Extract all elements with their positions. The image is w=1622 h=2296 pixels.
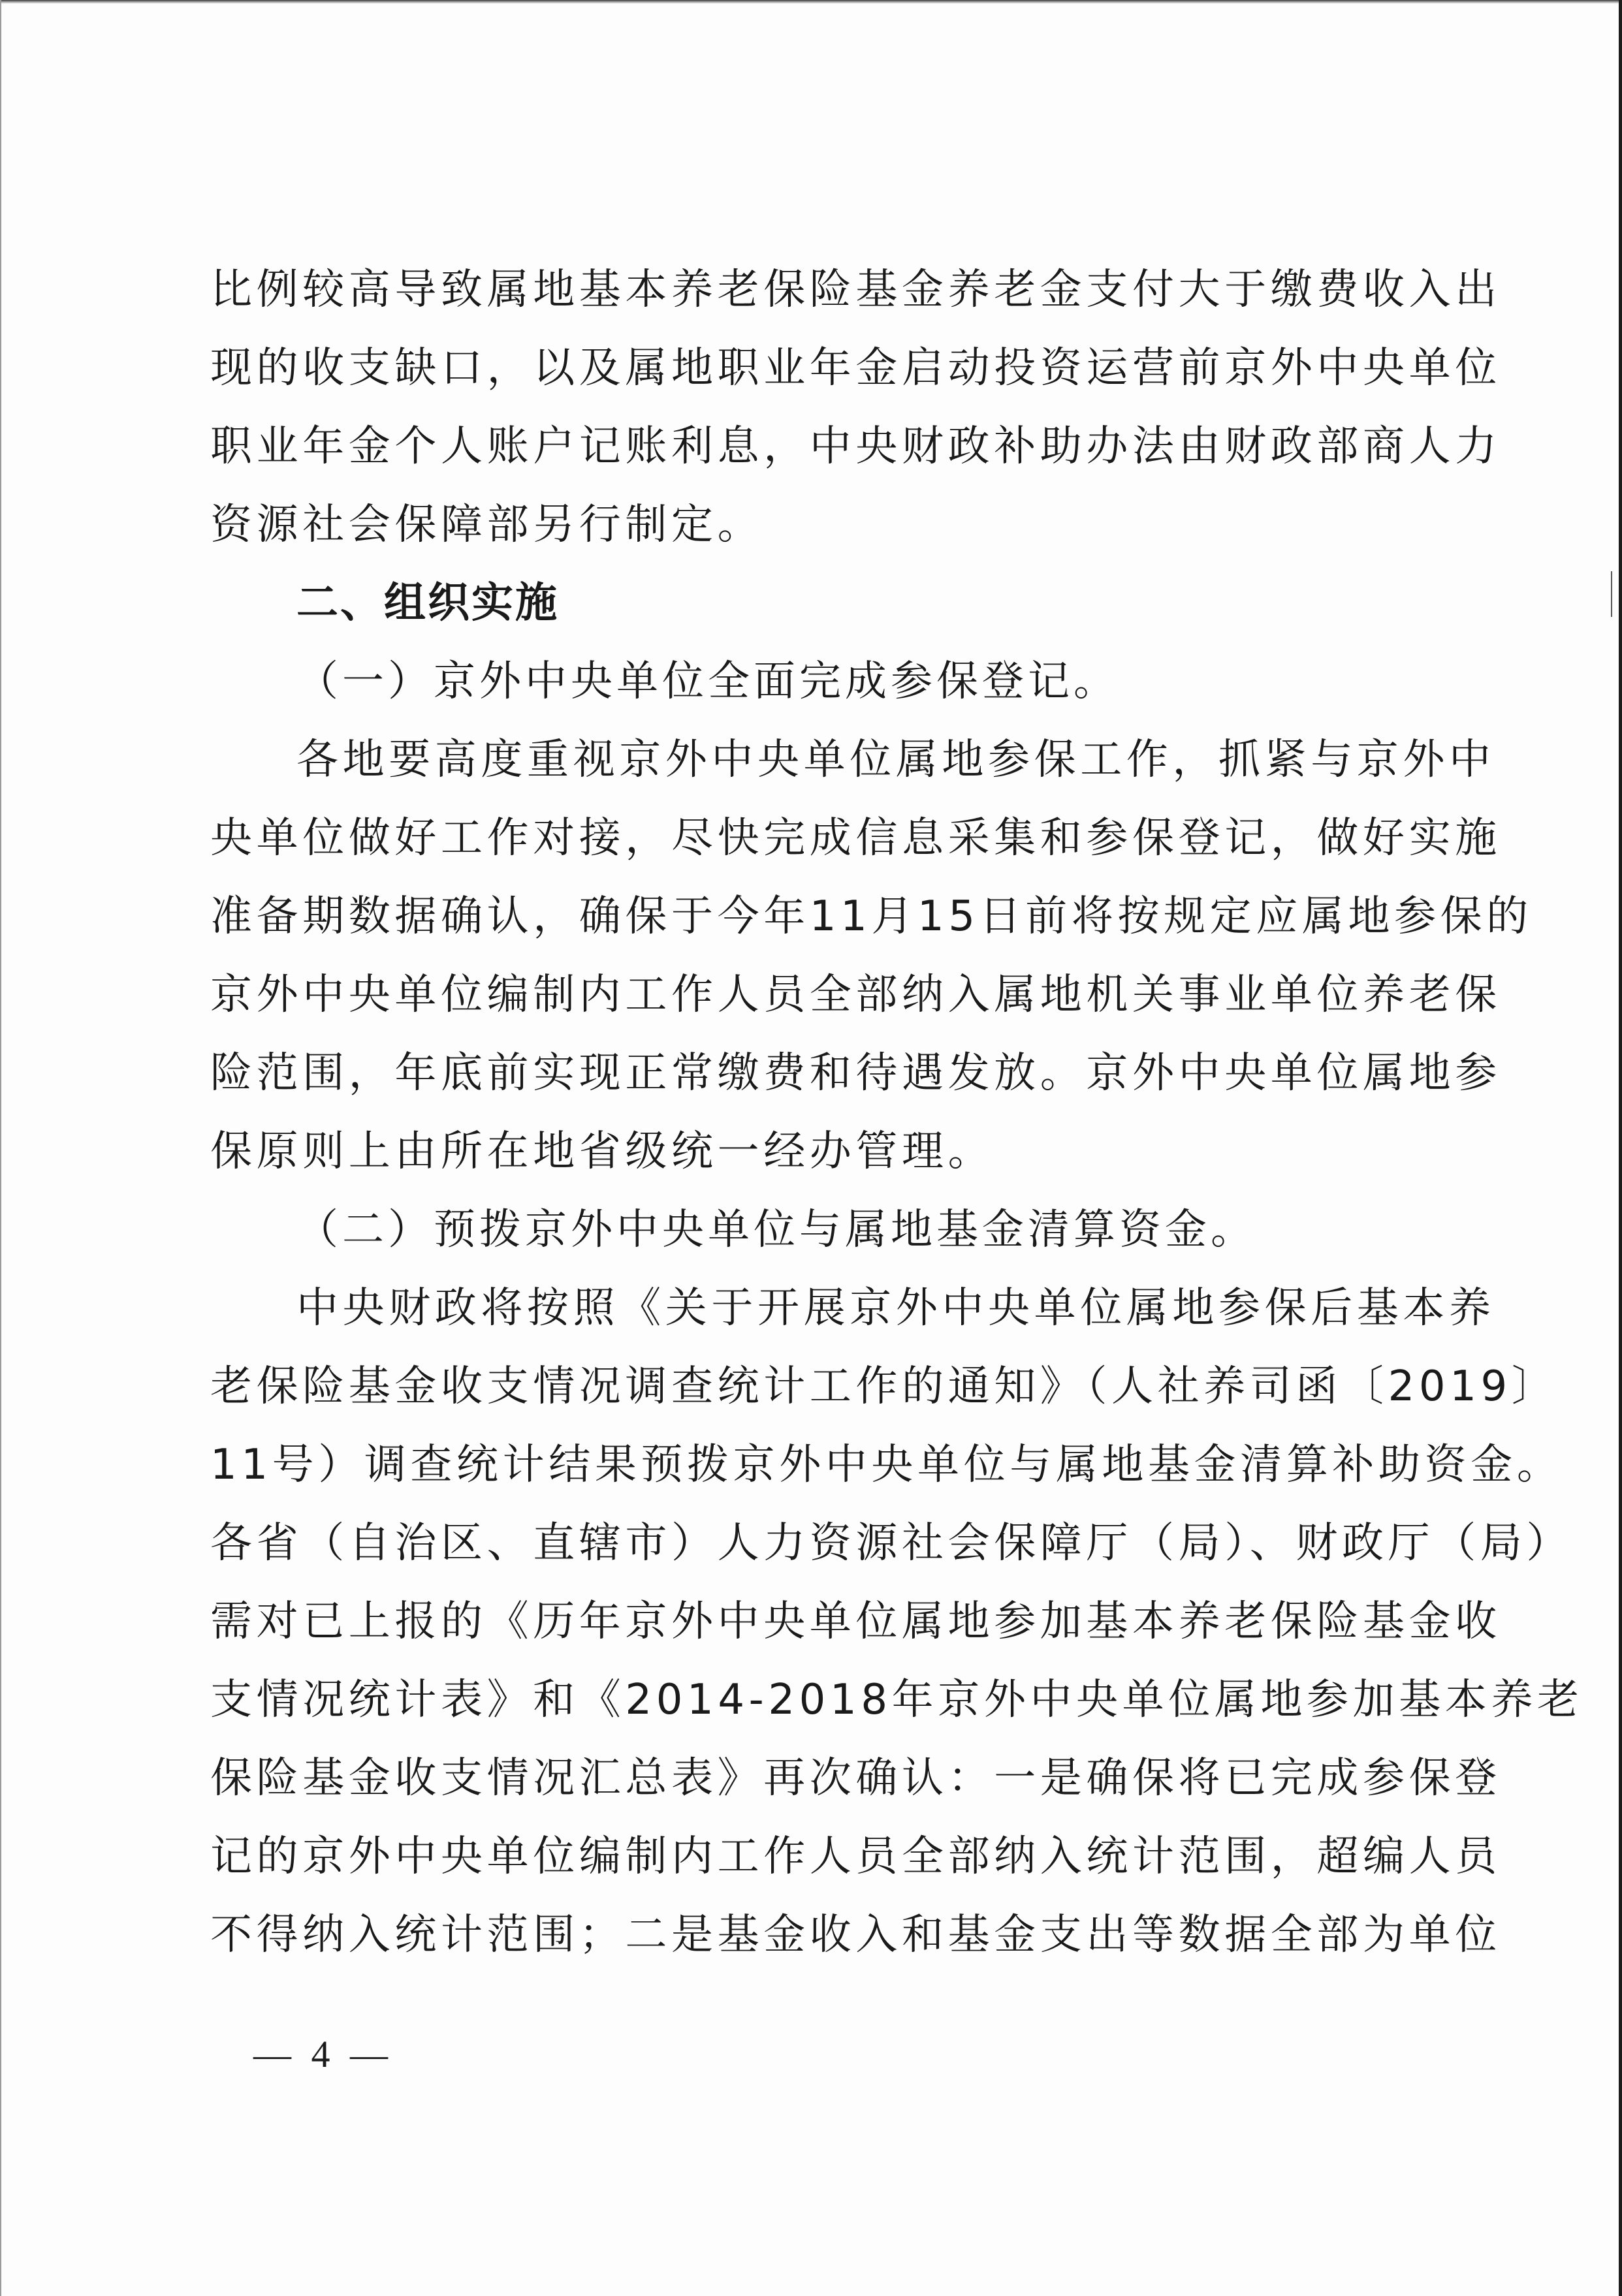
text-line: 各地要高度重视京外中央单位属地参保工作，抓紧与京外中 [210, 721, 1418, 799]
text-line: 不得纳入统计范围；二是基金收入和基金支出等数据全部为单位 [210, 1896, 1418, 1974]
scan-edge-left [0, 0, 1, 2296]
text-line: 支情况统计表》和《2014-2018年京外中央单位属地参加基本养老 [210, 1661, 1418, 1739]
paragraph-registration: 各地要高度重视京外中央单位属地参保工作，抓紧与京外中 央单位做好工作对接，尽快完… [210, 721, 1418, 1191]
text-line: 准备期数据确认，确保于今年11月15日前将按规定应属地参保的 [210, 877, 1418, 956]
text-line: 保原则上由所在地省级统一经办管理。 [210, 1112, 1418, 1191]
text-line: 现的收支缺口，以及属地职业年金启动投资运营前京外中央单位 [210, 329, 1418, 407]
paragraph-funding: 中央财政将按照《关于开展京外中央单位属地参保后基本养 老保险基金收支情况调查统计… [210, 1269, 1418, 1974]
subsection-heading: （二）预拨京外中央单位与属地基金清算资金。 [210, 1191, 1418, 1269]
text-line: 险范围，年底前实现正常缴费和待遇发放。京外中央单位属地参 [210, 1034, 1418, 1112]
document-body: 比例较高导致属地基本养老保险基金养老金支付大于缴费收入出 现的收支缺口，以及属地… [210, 251, 1418, 1974]
scan-edge-top [0, 0, 1622, 4]
paragraph-continuation: 比例较高导致属地基本养老保险基金养老金支付大于缴费收入出 现的收支缺口，以及属地… [210, 251, 1418, 564]
text-line: 老保险基金收支情况调查统计工作的通知》（人社养司函〔2019〕 [210, 1347, 1418, 1426]
text-line: 央单位做好工作对接，尽快完成信息采集和参保登记，做好实施 [210, 799, 1418, 877]
text-line: 记的京外中央单位编制内工作人员全部纳入统计范围，超编人员 [210, 1817, 1418, 1896]
text-line: 保险基金收支情况汇总表》再次确认：一是确保将已完成参保登 [210, 1739, 1418, 1817]
text-line: 中央财政将按照《关于开展京外中央单位属地参保后基本养 [210, 1269, 1418, 1347]
section-heading: 二、组织实施 [210, 564, 1418, 642]
text-line: 需对已上报的《历年京外中央单位属地参加基本养老保险基金收 [210, 1582, 1418, 1661]
margin-mark [1611, 571, 1612, 617]
text-line: 各省（自治区、直辖市）人力资源社会保障厅（局）、财政厅（局） [210, 1504, 1418, 1582]
text-line: 职业年金个人账户记账利息，中央财政补助办法由财政部商人力 [210, 407, 1418, 486]
text-line: 京外中央单位编制内工作人员全部纳入属地机关事业单位养老保 [210, 956, 1418, 1034]
text-line: 比例较高导致属地基本养老保险基金养老金支付大于缴费收入出 [210, 251, 1418, 329]
subsection-heading: （一）京外中央单位全面完成参保登记。 [210, 642, 1418, 721]
page-number: — 4 — [253, 2032, 393, 2077]
text-line: 资源社会保障部另行制定。 [210, 486, 1418, 564]
text-line: 11号）调查统计结果预拨京外中央单位与属地基金清算补助资金。 [210, 1426, 1418, 1504]
scan-edge-right [1619, 0, 1622, 2296]
